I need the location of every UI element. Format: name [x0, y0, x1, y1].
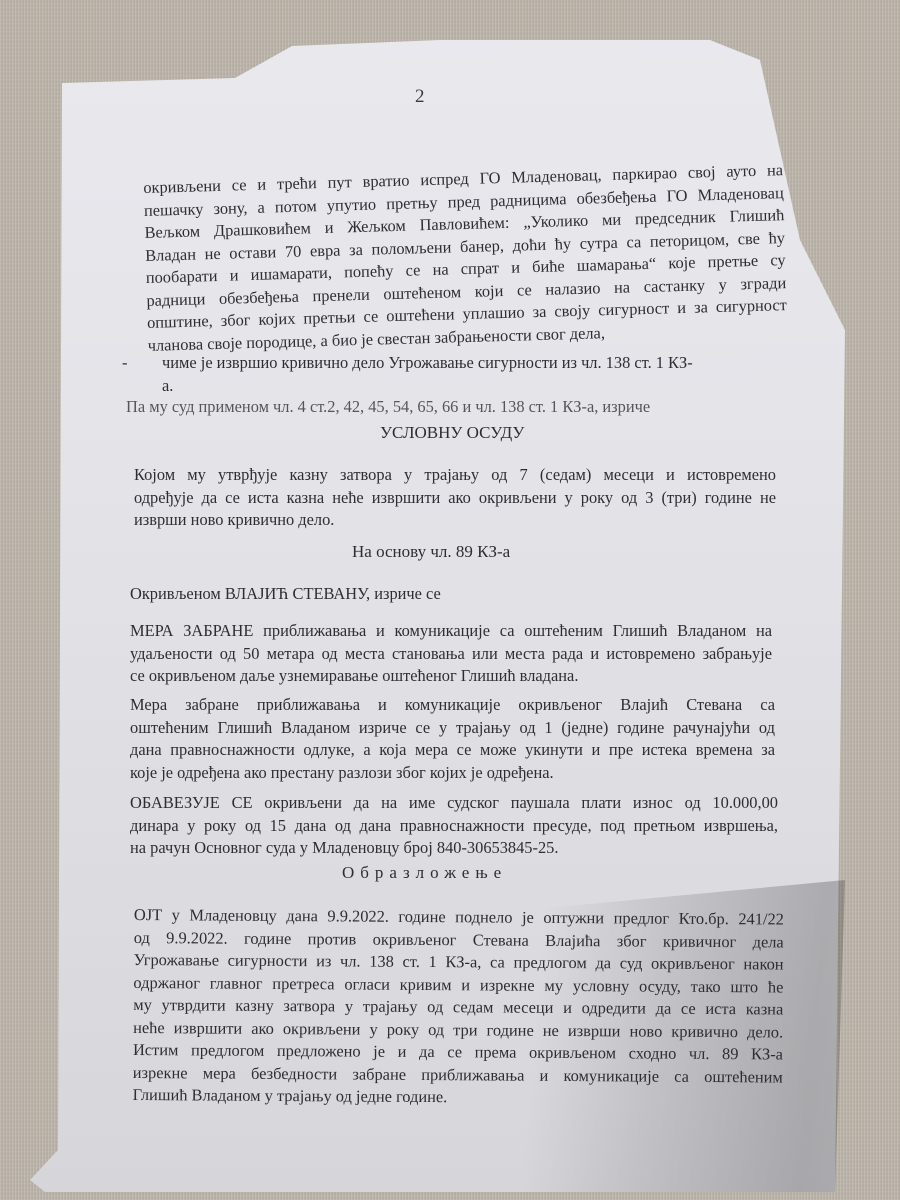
- text-line: оштећеним Глишић Владаном изриче се у тр…: [130, 717, 775, 740]
- document-page: 2 окривљени се и трећи пут вратио испред…: [0, 0, 900, 1200]
- text-line: удаљености од 50 метара од места станова…: [130, 643, 772, 666]
- text-line: МЕРА ЗАБРАНЕ приближавања и комуникације…: [130, 620, 772, 643]
- paragraph-sentence-terms: Којом му утврђује казну затвора у трајањ…: [134, 464, 776, 532]
- text-line: се окривљеном даље узнемиравање оштећено…: [130, 665, 772, 688]
- text-line: Па му суд применом чл. 4 ст.2, 42, 45, 5…: [126, 396, 726, 419]
- heading-conditional-sentence: УСЛОВНУ ОСУДУ: [380, 423, 524, 443]
- text-line: Глишић Владаном у трајању од једне годин…: [133, 1084, 783, 1111]
- paragraph-offense-description: окривљени се и трећи пут вратио испред Г…: [143, 159, 788, 357]
- text-line: које је одређена ако престану разлози зб…: [130, 762, 775, 785]
- text-line: одређује да се иста казна неће извршити …: [134, 487, 776, 510]
- text-line: на рачун Основног суда у Младеновцу број…: [130, 837, 778, 860]
- text-line: Окривљеном ВЛАЈИЋ СТЕВАНУ, изриче се: [130, 583, 770, 606]
- text-line: Мера забране приближавања и комуникације…: [130, 694, 775, 717]
- paragraph-restraining-measure: МЕРА ЗАБРАНЕ приближавања и комуникације…: [130, 620, 772, 688]
- page-number: 2: [415, 86, 425, 108]
- paragraph-criminal-offense: - чиме је извршио кривично дело Угрожава…: [140, 352, 770, 397]
- paragraph-prosecution-proposal: ОЈТ у Младеновцу дана 9.9.2022. године п…: [133, 904, 784, 1111]
- paragraph-measure-duration: Мера забране приближавања и комуникације…: [130, 694, 775, 784]
- paragraph-court-applies: Па му суд применом чл. 4 ст.2, 42, 45, 5…: [126, 396, 726, 419]
- paragraph-defendant-name: Окривљеном ВЛАЈИЋ СТЕВАНУ, изриче се: [130, 583, 770, 606]
- text-line: ОБАВЕЗУЈЕ СЕ окривљени да на име судског…: [130, 792, 778, 815]
- bullet-marker: -: [122, 352, 127, 375]
- text-line: Којом му утврђује казну затвора у трајањ…: [134, 464, 776, 487]
- text-line: изврши ново кривично дело.: [134, 509, 776, 532]
- text-line: чиме је извршио кривично дело Угрожавање…: [140, 352, 770, 375]
- heading-reasoning: Образложење: [342, 863, 507, 883]
- paragraph-court-fee: ОБАВЕЗУЈЕ СЕ окривљени да на име судског…: [130, 792, 778, 860]
- text-line: дана правноснажности одлуке, а која мера…: [130, 739, 775, 762]
- text-line: а.: [140, 375, 770, 398]
- heading-legal-basis: На основу чл. 89 КЗ-а: [352, 542, 510, 562]
- text-line: динара у року од 15 дана од дана правнос…: [130, 815, 778, 838]
